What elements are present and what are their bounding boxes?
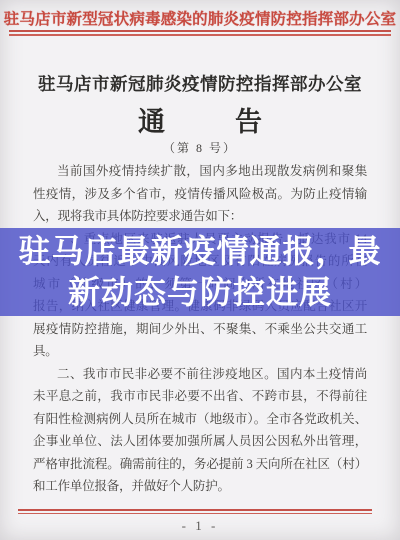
document-line: 未平息之前，我市市民非必要不出省、不跨市县，不得前往 bbox=[33, 385, 367, 408]
document-line: 当前国外疫情持续扩散，国内多地出现散发病例和聚集 bbox=[33, 160, 367, 183]
document-line: 严格审批流程。确需前往的，务必提前 3 天向所在社区（村） bbox=[33, 453, 367, 476]
document-line: 企事业单位、法人团体要加强所属人员因公因私外出管理， bbox=[33, 430, 367, 453]
page-number: - 1 - bbox=[0, 518, 400, 534]
letterhead-title: 驻马店市新型冠状病毒感染的肺炎疫情防控指挥部办公室 bbox=[0, 7, 400, 29]
document-line: 展疫情防控措施，期间少外出、不聚集、不乘坐公共交通工 bbox=[33, 318, 367, 341]
letterhead-divider bbox=[9, 30, 391, 36]
document-line: 具。 bbox=[33, 340, 367, 363]
document-line: 有阳性检测病例人员所在城市（地级市）。全市各党政机关、 bbox=[33, 408, 367, 431]
notice-number: （第 8 号） bbox=[0, 139, 400, 156]
headline-line-2: 新动态与防控进展 bbox=[0, 272, 400, 313]
issuing-office-title: 驻马店市新冠肺炎疫情防控指挥部办公室 bbox=[0, 71, 400, 96]
document-photo: 驻马店市新型冠状病毒感染的肺炎疫情防控指挥部办公室 驻马店市新冠肺炎疫情防控指挥… bbox=[0, 0, 400, 540]
document-line: 性疫情，涉及多个省市，疫情传播风险极高。为防止疫情输 bbox=[33, 183, 367, 206]
document-body: 当前国外疫情持续扩散，国内多地出现散发病例和聚集 性疫情，涉及多个省市，疫情传播… bbox=[33, 160, 367, 498]
notice-title-char: 告 bbox=[235, 100, 262, 139]
notice-title: 通 告 bbox=[0, 100, 400, 139]
document-line: 入，现将我市具体防控要求通告如下： bbox=[33, 205, 367, 228]
document-line: 和工作单位报备，并做好个人防护。 bbox=[33, 475, 367, 498]
document-line: 二、我市市民非必要不前往涉疫地区。国内本土疫情尚 bbox=[33, 363, 367, 386]
footer-divider bbox=[18, 509, 372, 514]
headline-line-1: 驻马店最新疫情通报，最 bbox=[0, 231, 400, 272]
notice-title-char: 通 bbox=[138, 100, 165, 139]
headline-overlay-band: 驻马店最新疫情通报，最 新动态与防控进展 bbox=[0, 228, 400, 316]
